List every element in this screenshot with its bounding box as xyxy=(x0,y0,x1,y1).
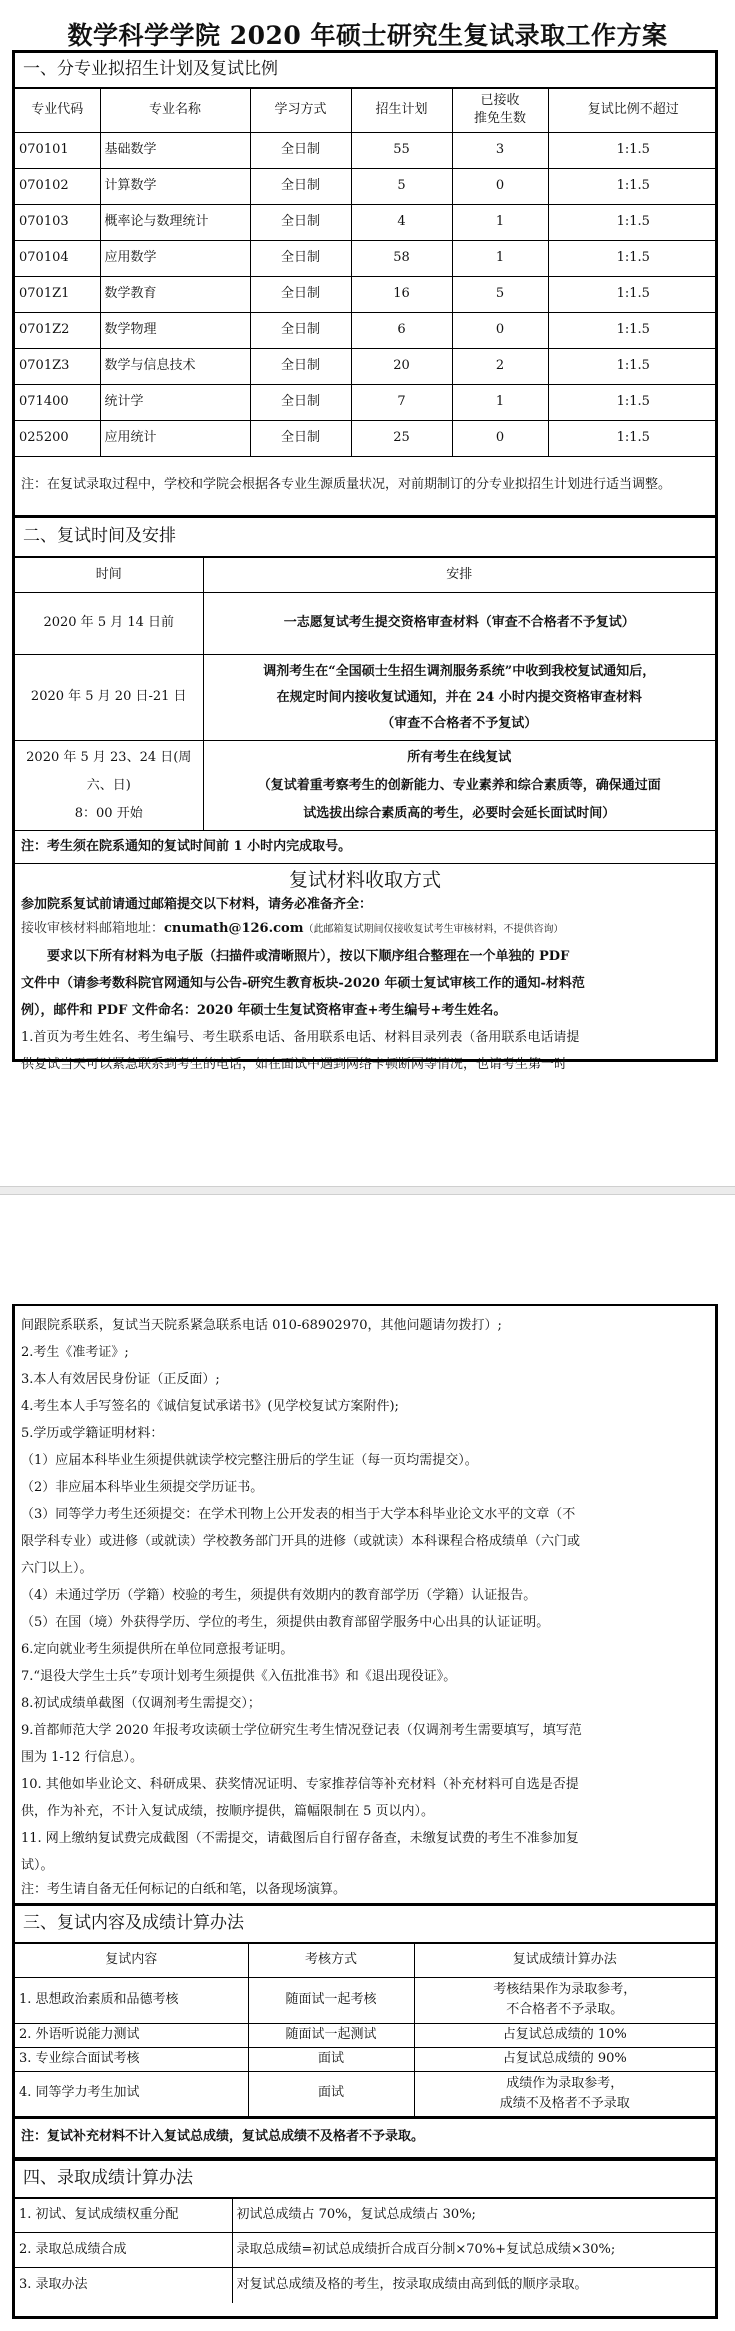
arrangement-line: （复试着重考察考生的创新能力、专业素养和综合素质等，确保通过面 xyxy=(208,772,712,800)
enroll-plan: 4 xyxy=(351,204,452,240)
retest-content: 3. 专业综合面试考核 xyxy=(15,2047,248,2071)
study-mode: 全日制 xyxy=(250,240,351,276)
material-item: （3）同等学力考生还须提交：在学术刊物上公开发表的相当于大学本科毕业论文水平的文… xyxy=(15,1501,715,1528)
major-name: 数学物理 xyxy=(100,312,250,348)
table-row: 071400 统计学 全日制 7 1 1:1.5 xyxy=(15,384,718,420)
section2-table: 二、复试时间及安排 时间 安排 2020 年 5 月 14 日前 一志愿复试考生… xyxy=(15,515,715,865)
material-item: 2.考生《准考证》; xyxy=(15,1339,715,1366)
time-line: 六、日) xyxy=(19,772,199,800)
table-row: 1. 初试、复试成绩权重分配 初试总成绩占 70%，复试总成绩占 30%; xyxy=(15,2198,715,2233)
major-code: 0701Z1 xyxy=(15,276,100,312)
table-row: 0701Z1 数学教育 全日制 16 5 1:1.5 xyxy=(15,276,718,312)
major-name: 应用数学 xyxy=(100,240,250,276)
major-name: 数学教育 xyxy=(100,276,250,312)
material-item: 1.首页为考生姓名、考生编号、考生联系电话、备用联系电话、材料目录列表（备用联系… xyxy=(15,1024,715,1051)
arrangement-line: （审查不合格者不予复试） xyxy=(208,711,712,737)
section3-note: 注：复试补充材料不计入复试总成绩，复试总成绩不及格者不予录取。 xyxy=(15,2117,715,2157)
col-method: 考核方式 xyxy=(248,1943,414,1977)
table-row: 4. 同等学力考生加试 面试 成绩作为录取参考， 成绩不及格者不予录取 xyxy=(15,2071,715,2117)
schedule-arrangement: 所有考生在线复试 （复试着重考察考生的创新能力、专业素养和综合素质等，确保通过面… xyxy=(203,741,715,831)
major-code: 070103 xyxy=(15,204,100,240)
retest-ratio: 1:1.5 xyxy=(548,276,718,312)
section2-heading: 二、复试时间及安排 xyxy=(15,516,715,557)
section2-note: 注：考生须在院系通知的复试时间前 1 小时内完成取号。 xyxy=(15,831,715,864)
email-label: 接收审核材料邮箱地址： xyxy=(21,921,164,936)
calc-line: 成绩不及格者不予录取 xyxy=(419,2094,712,2114)
enroll-plan: 7 xyxy=(351,384,452,420)
table-row: 2. 外语听说能力测试 随面试一起测试 占复试总成绩的 10% xyxy=(15,2023,715,2047)
material-item: 8.初试成绩单截图（仅调剂考生需提交）； xyxy=(15,1690,715,1717)
col-content: 复试内容 xyxy=(15,1943,248,1977)
material-item: （4）未通过学历（学籍）校验的考生，须提供有效期内的教育部学历（学籍）认证报告。 xyxy=(15,1582,715,1609)
enroll-plan: 55 xyxy=(351,132,452,168)
retest-method: 随面试一起测试 xyxy=(248,2023,414,2047)
col-recommended-line1: 已接收 xyxy=(457,92,544,110)
time-line: 8：00 开始 xyxy=(19,800,199,828)
enroll-plan: 25 xyxy=(351,420,452,456)
retest-method: 面试 xyxy=(248,2047,414,2071)
page1-frame: 一、分专业拟招生计划及复试比例 专业代码 专业名称 学习方式 招生计划 已接收 … xyxy=(12,50,718,1062)
study-mode: 全日制 xyxy=(250,348,351,384)
recommended-count: 1 xyxy=(452,384,548,420)
materials-intro: 参加院系复试前请通过邮箱提交以下材料，请务必准备齐全： xyxy=(15,894,715,916)
major-code: 071400 xyxy=(15,384,100,420)
schedule-row: 2020 年 5 月 23、24 日(周 六、日) 8：00 开始 所有考生在线… xyxy=(15,741,715,831)
major-name: 概率论与数理统计 xyxy=(100,204,250,240)
admission-desc: 初试总成绩占 70%，复试总成绩占 30%; xyxy=(232,2198,715,2233)
table-row: 070103 概率论与数理统计 全日制 4 1 1:1.5 xyxy=(15,204,718,240)
enroll-plan: 5 xyxy=(351,168,452,204)
requirement-line: 要求以下所有材料为电子版（扫描件或清晰照片），按以下顺序组合整理在一个单独的 P… xyxy=(15,943,715,970)
recommended-count: 0 xyxy=(452,420,548,456)
retest-ratio: 1:1.5 xyxy=(548,132,718,168)
retest-ratio: 1:1.5 xyxy=(548,168,718,204)
major-name: 计算数学 xyxy=(100,168,250,204)
section4-heading: 四、录取成绩计算办法 xyxy=(15,2159,715,2198)
time-line: 2020 年 5 月 23、24 日(周 xyxy=(19,744,199,772)
section3-heading: 三、复试内容及成绩计算办法 xyxy=(15,1905,715,1944)
page-break xyxy=(0,1186,735,1195)
major-code: 070102 xyxy=(15,168,100,204)
admission-item: 1. 初试、复试成绩权重分配 xyxy=(15,2198,232,2233)
retest-content: 4. 同等学力考生加试 xyxy=(15,2071,248,2117)
study-mode: 全日制 xyxy=(250,132,351,168)
enroll-plan: 6 xyxy=(351,312,452,348)
major-code: 025200 xyxy=(15,420,100,456)
material-item: 11. 网上缴纳复试费完成截图（不需提交，请截图后自行留存备查，未缴复试费的考生… xyxy=(15,1825,715,1852)
email-address[interactable]: cnumath@126.com xyxy=(164,921,303,936)
retest-calc: 成绩作为录取参考， 成绩不及格者不予录取 xyxy=(414,2071,715,2117)
major-name: 统计学 xyxy=(100,384,250,420)
schedule-row: 2020 年 5 月 14 日前 一志愿复试考生提交资格审查材料（审查不合格者不… xyxy=(15,593,715,655)
schedule-time: 2020 年 5 月 14 日前 xyxy=(15,593,203,655)
requirement-line: 例），邮件和 PDF 文件命名：2020 年硕士生复试资格审查+考生编号+考生姓… xyxy=(15,997,715,1024)
schedule-arrangement: 一志愿复试考生提交资格审查材料（审查不合格者不予复试） xyxy=(203,593,715,655)
material-item: 10. 其他如毕业论文、科研成果、获奖情况证明、专家推荐信等补充材料（补充材料可… xyxy=(15,1771,715,1798)
table-row: 025200 应用统计 全日制 25 0 1:1.5 xyxy=(15,420,718,456)
material-item: 5.学历或学籍证明材料： xyxy=(15,1420,715,1447)
arrangement-line: 试选拔出综合素质高的考生，必要时会延长面试时间） xyxy=(208,800,712,828)
materials-title: 复试材料收取方式 xyxy=(15,864,715,894)
admission-item: 3. 录取办法 xyxy=(15,2268,232,2303)
col-calc: 复试成绩计算办法 xyxy=(414,1943,715,1977)
retest-content: 2. 外语听说能力测试 xyxy=(15,2023,248,2047)
table-row: 0701Z3 数学与信息技术 全日制 20 2 1:1.5 xyxy=(15,348,718,384)
col-arrangement: 安排 xyxy=(203,557,715,593)
retest-method: 面试 xyxy=(248,2071,414,2117)
recommended-count: 3 xyxy=(452,132,548,168)
email-note: （此邮箱复试期间仅接收复试考生审核材料，不提供咨询） xyxy=(303,924,563,935)
recommended-count: 0 xyxy=(452,312,548,348)
retest-ratio: 1:1.5 xyxy=(548,384,718,420)
material-item: 围为 1-12 行信息）。 xyxy=(15,1744,715,1771)
table-row: 3. 录取办法 对复试总成绩及格的考生，按录取成绩由高到低的顺序录取。 xyxy=(15,2268,715,2303)
retest-content: 1. 思想政治素质和品德考核 xyxy=(15,1977,248,2023)
calc-line: 不合格者不予录取。 xyxy=(419,2000,712,2020)
material-item: （5）在国（境）外获得学历、学位的考生，须提供由教育部留学服务中心出具的认证证明… xyxy=(15,1609,715,1636)
retest-ratio: 1:1.5 xyxy=(548,312,718,348)
schedule-time: 2020 年 5 月 23、24 日(周 六、日) 8：00 开始 xyxy=(15,741,203,831)
calc-line: 成绩作为录取参考， xyxy=(419,2074,712,2094)
section1-heading: 一、分专业拟招生计划及复试比例 xyxy=(15,53,718,88)
recommended-count: 1 xyxy=(452,240,548,276)
col-mode: 学习方式 xyxy=(250,88,351,132)
table-row: 1. 思想政治素质和品德考核 随面试一起考核 考核结果作为录取参考， 不合格者不… xyxy=(15,1977,715,2023)
retest-ratio: 1:1.5 xyxy=(548,420,718,456)
material-item: 9.首都师范大学 2020 年报考攻读硕士学位研究生考生情况登记表（仅调剂考生需… xyxy=(15,1717,715,1744)
retest-calc: 占复试总成绩的 90% xyxy=(414,2047,715,2071)
major-name: 基础数学 xyxy=(100,132,250,168)
arrangement-line: 在规定时间内接收复试通知，并在 24 小时内提交资格审查材料 xyxy=(208,685,712,711)
admission-desc: 录取总成绩=初试总成绩折合成百分制×70%+复试总成绩×30%; xyxy=(232,2233,715,2268)
study-mode: 全日制 xyxy=(250,168,351,204)
table-row: 070104 应用数学 全日制 58 1 1:1.5 xyxy=(15,240,718,276)
col-recommended: 已接收 推免生数 xyxy=(452,88,548,132)
materials-section: 复试材料收取方式 参加院系复试前请通过邮箱提交以下材料，请务必准备齐全： 接收审… xyxy=(15,864,715,1078)
material-item: 间跟院系联系，复试当天院系紧急联系电话 010-68902970，其他问题请勿拨… xyxy=(15,1312,715,1339)
study-mode: 全日制 xyxy=(250,384,351,420)
major-code: 070101 xyxy=(15,132,100,168)
recommended-count: 1 xyxy=(452,204,548,240)
material-item: （1）应届本科毕业生须提供就读学校完整注册后的学生证（每一页均需提交）。 xyxy=(15,1447,715,1474)
major-name: 应用统计 xyxy=(100,420,250,456)
section4-table: 四、录取成绩计算办法 1. 初试、复试成绩权重分配 初试总成绩占 70%，复试总… xyxy=(15,2158,715,2303)
table-row: 0701Z2 数学物理 全日制 6 0 1:1.5 xyxy=(15,312,718,348)
table-row: 2. 录取总成绩合成 录取总成绩=初试总成绩折合成百分制×70%+复试总成绩×3… xyxy=(15,2233,715,2268)
col-code: 专业代码 xyxy=(15,88,100,132)
enroll-plan: 20 xyxy=(351,348,452,384)
material-item: 6.定向就业考生须提供所在单位同意报考证明。 xyxy=(15,1636,715,1663)
study-mode: 全日制 xyxy=(250,276,351,312)
material-item: 限学科专业）或进修（或就读）学校教务部门开具的进修（或就读）本科课程合格成绩单（… xyxy=(15,1528,715,1555)
major-code: 070104 xyxy=(15,240,100,276)
retest-method: 随面试一起考核 xyxy=(248,1977,414,2023)
section1-note: 注：在复试录取过程中，学校和学院会根据各专业生源质量状况，对前期制订的分专业拟招… xyxy=(15,456,718,515)
requirement-line: 文件中（请参考数科院官网通知与公告-研究生教育板块-2020 年硕士复试审核工作… xyxy=(15,970,715,997)
material-item: 供复试当天可以紧急联系到考生的电话，如在面试中遇到网络卡顿断网等情况，也请考生第… xyxy=(15,1051,715,1078)
materials-email-line: 接收审核材料邮箱地址：cnumath@126.com（此邮箱复试期间仅接收复试考… xyxy=(15,916,715,943)
col-time: 时间 xyxy=(15,557,203,593)
page-title: 数学科学学院 2020 年硕士研究生复试录取工作方案 xyxy=(0,16,735,52)
material-item: 3.本人有效居民身份证（正反面）; xyxy=(15,1366,715,1393)
materials-note: 注：考生请自备无任何标记的白纸和笔，以备现场演算。 xyxy=(15,1879,715,1903)
col-name: 专业名称 xyxy=(100,88,250,132)
section1-table: 一、分专业拟招生计划及复试比例 专业代码 专业名称 学习方式 招生计划 已接收 … xyxy=(15,53,718,515)
retest-ratio: 1:1.5 xyxy=(548,204,718,240)
retest-ratio: 1:1.5 xyxy=(548,240,718,276)
materials-continued: 间跟院系联系，复试当天院系紧急联系电话 010-68902970，其他问题请勿拨… xyxy=(15,1306,715,1903)
retest-ratio: 1:1.5 xyxy=(548,348,718,384)
material-item: 4.考生本人手写签名的《诚信复试承诺书》(见学校复试方案附件); xyxy=(15,1393,715,1420)
material-item: 供，作为补充，不计入复试成绩，按顺序提供，篇幅限制在 5 页以内）。 xyxy=(15,1798,715,1825)
recommended-count: 0 xyxy=(452,168,548,204)
schedule-arrangement: 调剂考生在“全国硕士生招生调剂服务系统”中收到我校复试通知后， 在规定时间内接收… xyxy=(203,655,715,741)
schedule-time: 2020 年 5 月 20 日-21 日 xyxy=(15,655,203,741)
retest-calc: 占复试总成绩的 10% xyxy=(414,2023,715,2047)
page2-frame: 间跟院系联系，复试当天院系紧急联系电话 010-68902970，其他问题请勿拨… xyxy=(12,1304,718,2319)
col-ratio: 复试比例不超过 xyxy=(548,88,718,132)
arrangement-line: 所有考生在线复试 xyxy=(208,744,712,772)
retest-calc: 考核结果作为录取参考， 不合格者不予录取。 xyxy=(414,1977,715,2023)
admission-desc: 对复试总成绩及格的考生，按录取成绩由高到低的顺序录取。 xyxy=(232,2268,715,2303)
col-recommended-line2: 推免生数 xyxy=(457,110,544,128)
arrangement-line: 调剂考生在“全国硕士生招生调剂服务系统”中收到我校复试通知后， xyxy=(208,659,712,685)
material-item: 试）。 xyxy=(15,1852,715,1879)
major-code: 0701Z2 xyxy=(15,312,100,348)
enroll-plan: 58 xyxy=(351,240,452,276)
recommended-count: 2 xyxy=(452,348,548,384)
study-mode: 全日制 xyxy=(250,312,351,348)
section3-table: 三、复试内容及成绩计算办法 复试内容 考核方式 复试成绩计算办法 1. 思想政治… xyxy=(15,1903,715,2158)
major-name: 数学与信息技术 xyxy=(100,348,250,384)
major-code: 0701Z3 xyxy=(15,348,100,384)
material-item: （2）非应届本科毕业生须提交学历证书。 xyxy=(15,1474,715,1501)
study-mode: 全日制 xyxy=(250,420,351,456)
material-item: 六门以上）。 xyxy=(15,1555,715,1582)
recommended-count: 5 xyxy=(452,276,548,312)
table-row: 3. 专业综合面试考核 面试 占复试总成绩的 90% xyxy=(15,2047,715,2071)
admission-item: 2. 录取总成绩合成 xyxy=(15,2233,232,2268)
col-plan: 招生计划 xyxy=(351,88,452,132)
table-row: 070101 基础数学 全日制 55 3 1:1.5 xyxy=(15,132,718,168)
calc-line: 考核结果作为录取参考， xyxy=(419,1980,712,2000)
study-mode: 全日制 xyxy=(250,204,351,240)
schedule-row: 2020 年 5 月 20 日-21 日 调剂考生在“全国硕士生招生调剂服务系统… xyxy=(15,655,715,741)
enroll-plan: 16 xyxy=(351,276,452,312)
table-row: 070102 计算数学 全日制 5 0 1:1.5 xyxy=(15,168,718,204)
material-item: 7.“退役大学生士兵”专项计划考生须提供《入伍批准书》和《退出现役证》。 xyxy=(15,1663,715,1690)
